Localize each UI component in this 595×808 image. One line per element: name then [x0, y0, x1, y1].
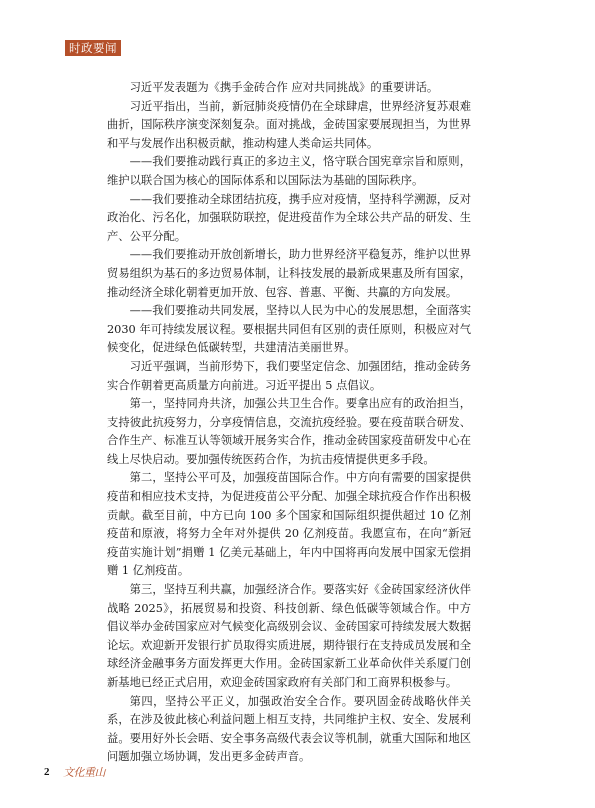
paragraph: 第四，坚持公平正义，加强政治安全合作。要巩固金砖战略伙伴关系，在涉及彼此核心利益…	[107, 693, 471, 767]
paragraph: ——我们要推动践行真正的多边主义，恪守联合国宪章宗旨和原则，维护以联合国为核心的…	[107, 153, 471, 190]
paragraph: 习近平指出，当前，新冠肺炎疫情仍在全球肆虐，世界经济复苏艰难曲折，国际秩序演变深…	[107, 98, 471, 154]
article-body: 习近平发表题为《携手金砖合作 应对共同挑战》的重要讲话。 习近平指出，当前，新冠…	[107, 79, 471, 767]
page-number: 2	[44, 766, 50, 778]
paragraph: 习近平发表题为《携手金砖合作 应对共同挑战》的重要讲话。	[107, 79, 471, 98]
publication-logo: 文化重山	[63, 764, 105, 780]
paragraph: 第二，坚持公平可及，加强疫苗国际合作。中方向有需要的国家提供疫苗和相应技术支持，…	[107, 469, 471, 581]
paragraph: ——我们要推动全球团结抗疫，携手应对疫情，坚持科学溯源，反对政治化、污名化，加强…	[107, 191, 471, 247]
section-badge: 时政要闻	[65, 40, 121, 56]
paragraph: 习近平强调，当前形势下，我们要坚定信念、加强团结，推动金砖务实合作朝着更高质量方…	[107, 358, 471, 395]
paragraph: 第三，坚持互利共赢，加强经济合作。要落实好《金砖国家经济伙伴战略 2025》，拓…	[107, 581, 471, 693]
paragraph: 第一，坚持同舟共济，加强公共卫生合作。要拿出应有的政治担当，支持彼此抗疫努力，分…	[107, 395, 471, 469]
paragraph: ——我们要推动共同发展，坚持以人民为中心的发展思想，全面落实 2030 年可持续…	[107, 302, 471, 358]
paragraph: ——我们要推动开放创新增长，助力世界经济平稳复苏，维护以世界贸易组织为基石的多边…	[107, 246, 471, 302]
